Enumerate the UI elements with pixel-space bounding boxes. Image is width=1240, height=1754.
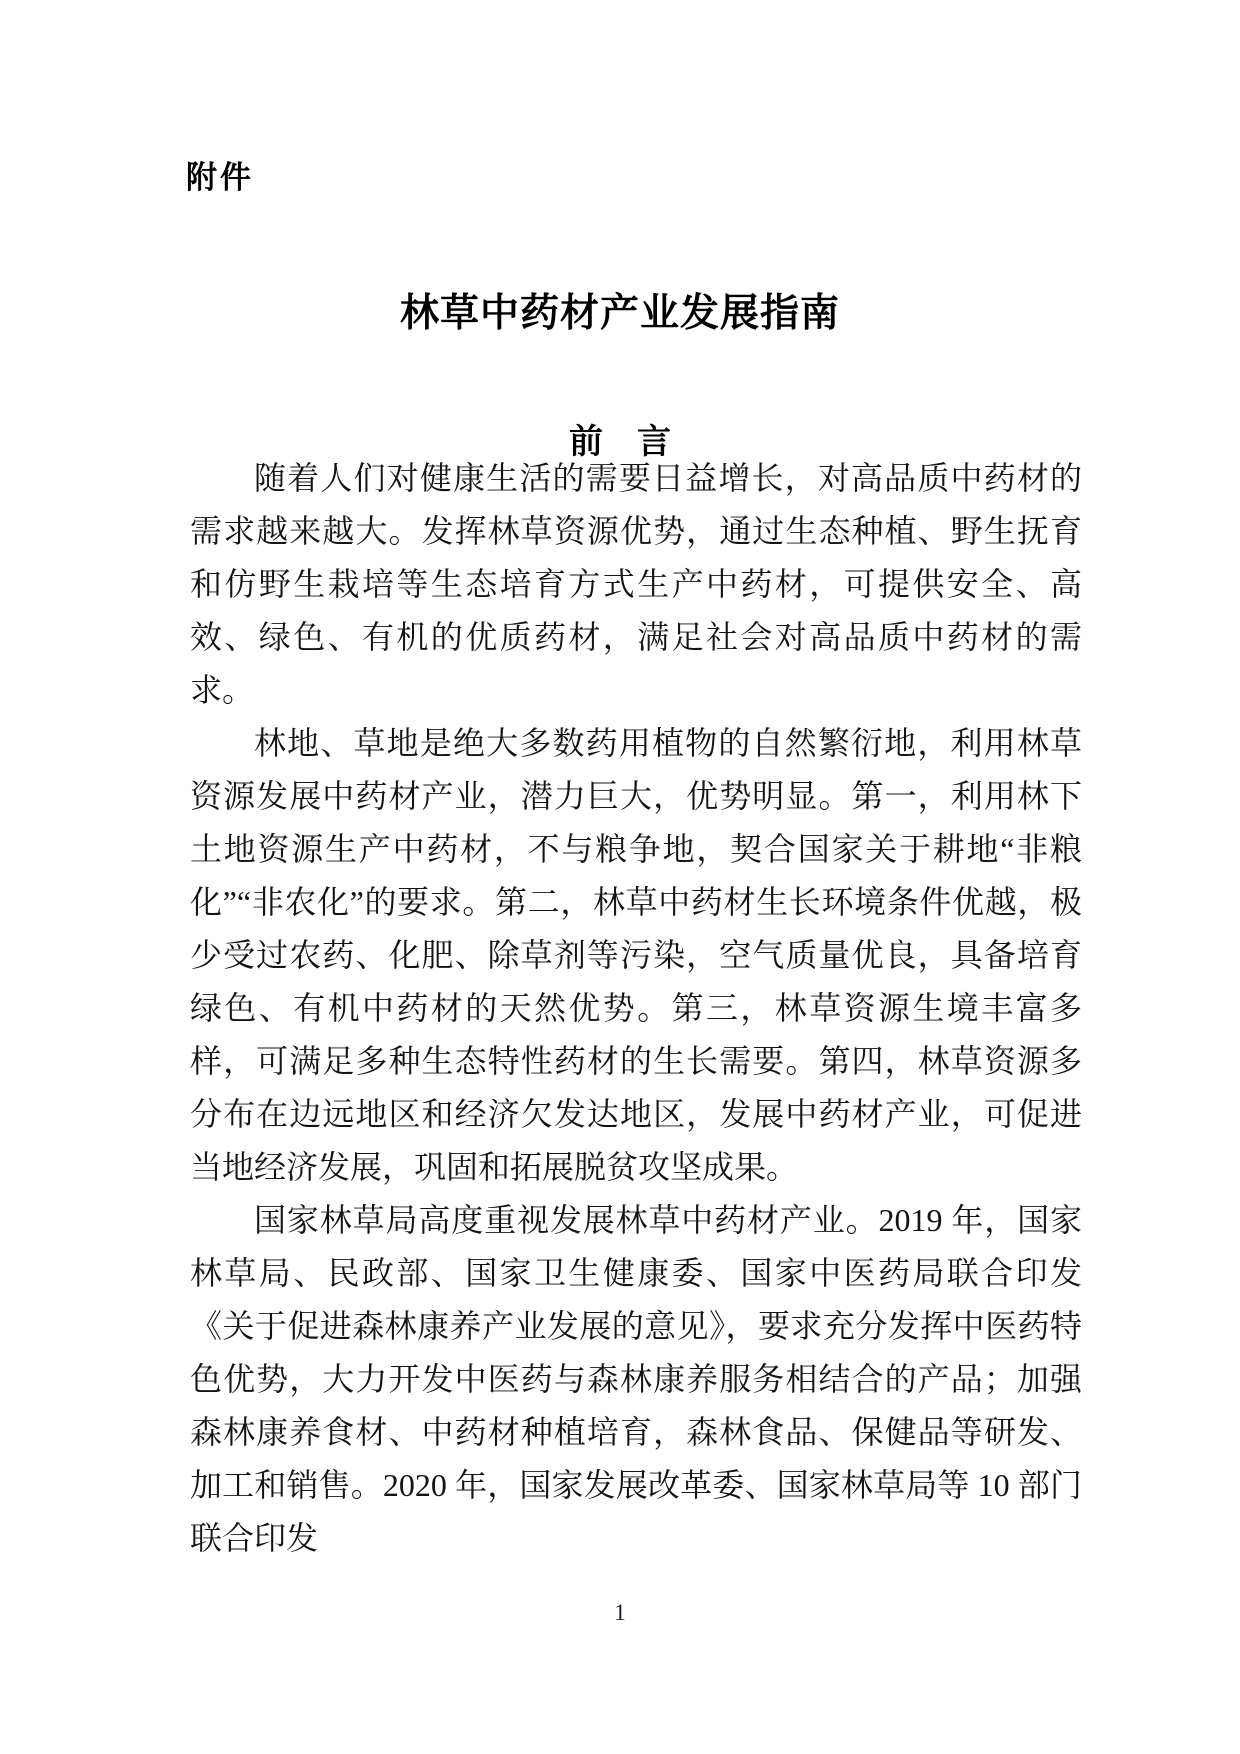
document-page: 附件 林草中药材产业发展指南 前 言 随着人们对健康生活的需要日益增长，对高品质… bbox=[0, 0, 1240, 1754]
attachment-label: 附件 bbox=[186, 158, 254, 198]
preface-paragraph-1: 随着人们对健康生活的需要日益增长，对高品质中药材的需求越来越大。发挥林草资源优势… bbox=[190, 452, 1082, 717]
document-title: 林草中药材产业发展指南 bbox=[0, 290, 1240, 338]
page-number: 1 bbox=[0, 1598, 1240, 1628]
preface-paragraph-2: 林地、草地是绝大多数药用植物的自然繁衍地，利用林草资源发展中药材产业，潜力巨大，… bbox=[190, 717, 1082, 1194]
preface-paragraph-3: 国家林草局高度重视发展林草中药材产业。2019 年，国家林草局、民政部、国家卫生… bbox=[190, 1194, 1082, 1565]
preface-body: 随着人们对健康生活的需要日益增长，对高品质中药材的需求越来越大。发挥林草资源优势… bbox=[190, 452, 1082, 1565]
